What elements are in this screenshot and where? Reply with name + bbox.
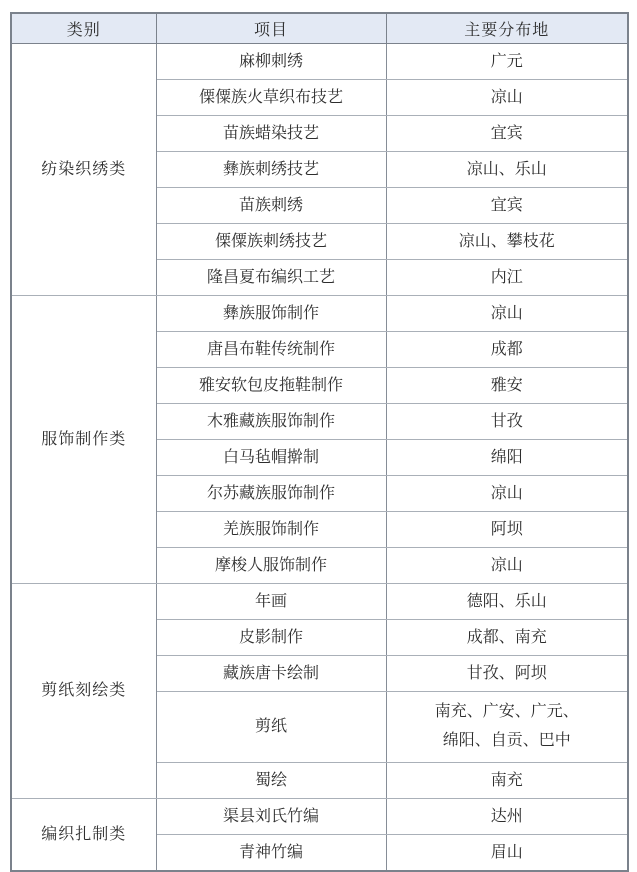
item-cell: 麻柳刺绣 — [156, 44, 386, 80]
item-cell: 隆昌夏布编织工艺 — [156, 260, 386, 296]
table-row: 纺染织绣类麻柳刺绣广元 — [11, 44, 628, 80]
item-cell: 苗族蜡染技艺 — [156, 116, 386, 152]
table-row: 编织扎制类渠县刘氏竹编达州 — [11, 799, 628, 835]
item-cell: 剪纸 — [156, 692, 386, 763]
item-cell: 摩梭人服饰制作 — [156, 548, 386, 584]
location-cell: 凉山 — [386, 548, 628, 584]
heritage-table: 类别 项目 主要分布地 纺染织绣类麻柳刺绣广元傈僳族火草织布技艺凉山苗族蜡染技艺… — [10, 12, 629, 872]
item-cell: 白马毡帽擀制 — [156, 440, 386, 476]
header-row: 类别 项目 主要分布地 — [11, 13, 628, 44]
location-cell: 凉山 — [386, 80, 628, 116]
item-cell: 木雅藏族服饰制作 — [156, 404, 386, 440]
location-cell: 凉山、攀枝花 — [386, 224, 628, 260]
category-cell: 剪纸刻绘类 — [11, 584, 156, 799]
location-cell: 宜宾 — [386, 188, 628, 224]
table-row: 服饰制作类彝族服饰制作凉山 — [11, 296, 628, 332]
item-cell: 蜀绘 — [156, 763, 386, 799]
item-cell: 唐昌布鞋传统制作 — [156, 332, 386, 368]
category-cell: 服饰制作类 — [11, 296, 156, 584]
col-header-category: 类别 — [11, 13, 156, 44]
item-cell: 藏族唐卡绘制 — [156, 656, 386, 692]
location-cell: 成都、南充 — [386, 620, 628, 656]
item-cell: 彝族刺绣技艺 — [156, 152, 386, 188]
location-cell: 内江 — [386, 260, 628, 296]
item-cell: 彝族服饰制作 — [156, 296, 386, 332]
category-cell: 纺染织绣类 — [11, 44, 156, 296]
col-header-item: 项目 — [156, 13, 386, 44]
item-cell: 渠县刘氏竹编 — [156, 799, 386, 835]
item-cell: 傈僳族火草织布技艺 — [156, 80, 386, 116]
location-cell: 阿坝 — [386, 512, 628, 548]
item-cell: 雅安软包皮拖鞋制作 — [156, 368, 386, 404]
item-cell: 年画 — [156, 584, 386, 620]
page-body: 类别 项目 主要分布地 纺染织绣类麻柳刺绣广元傈僳族火草织布技艺凉山苗族蜡染技艺… — [0, 0, 637, 872]
location-cell: 南充、广安、广元、 绵阳、自贡、巴中 — [386, 692, 628, 763]
category-cell: 编织扎制类 — [11, 799, 156, 872]
location-cell: 达州 — [386, 799, 628, 835]
location-cell: 绵阳 — [386, 440, 628, 476]
location-cell: 凉山、乐山 — [386, 152, 628, 188]
item-cell: 苗族刺绣 — [156, 188, 386, 224]
item-cell: 皮影制作 — [156, 620, 386, 656]
location-cell: 雅安 — [386, 368, 628, 404]
location-cell: 成都 — [386, 332, 628, 368]
location-cell: 眉山 — [386, 835, 628, 872]
col-header-location: 主要分布地 — [386, 13, 628, 44]
location-cell: 甘孜、阿坝 — [386, 656, 628, 692]
location-cell: 甘孜 — [386, 404, 628, 440]
location-cell: 德阳、乐山 — [386, 584, 628, 620]
table-row: 剪纸刻绘类年画德阳、乐山 — [11, 584, 628, 620]
location-cell: 凉山 — [386, 296, 628, 332]
location-cell: 广元 — [386, 44, 628, 80]
item-cell: 羌族服饰制作 — [156, 512, 386, 548]
item-cell: 尔苏藏族服饰制作 — [156, 476, 386, 512]
location-cell: 南充 — [386, 763, 628, 799]
item-cell: 青神竹编 — [156, 835, 386, 872]
location-cell: 凉山 — [386, 476, 628, 512]
location-cell: 宜宾 — [386, 116, 628, 152]
item-cell: 傈僳族刺绣技艺 — [156, 224, 386, 260]
